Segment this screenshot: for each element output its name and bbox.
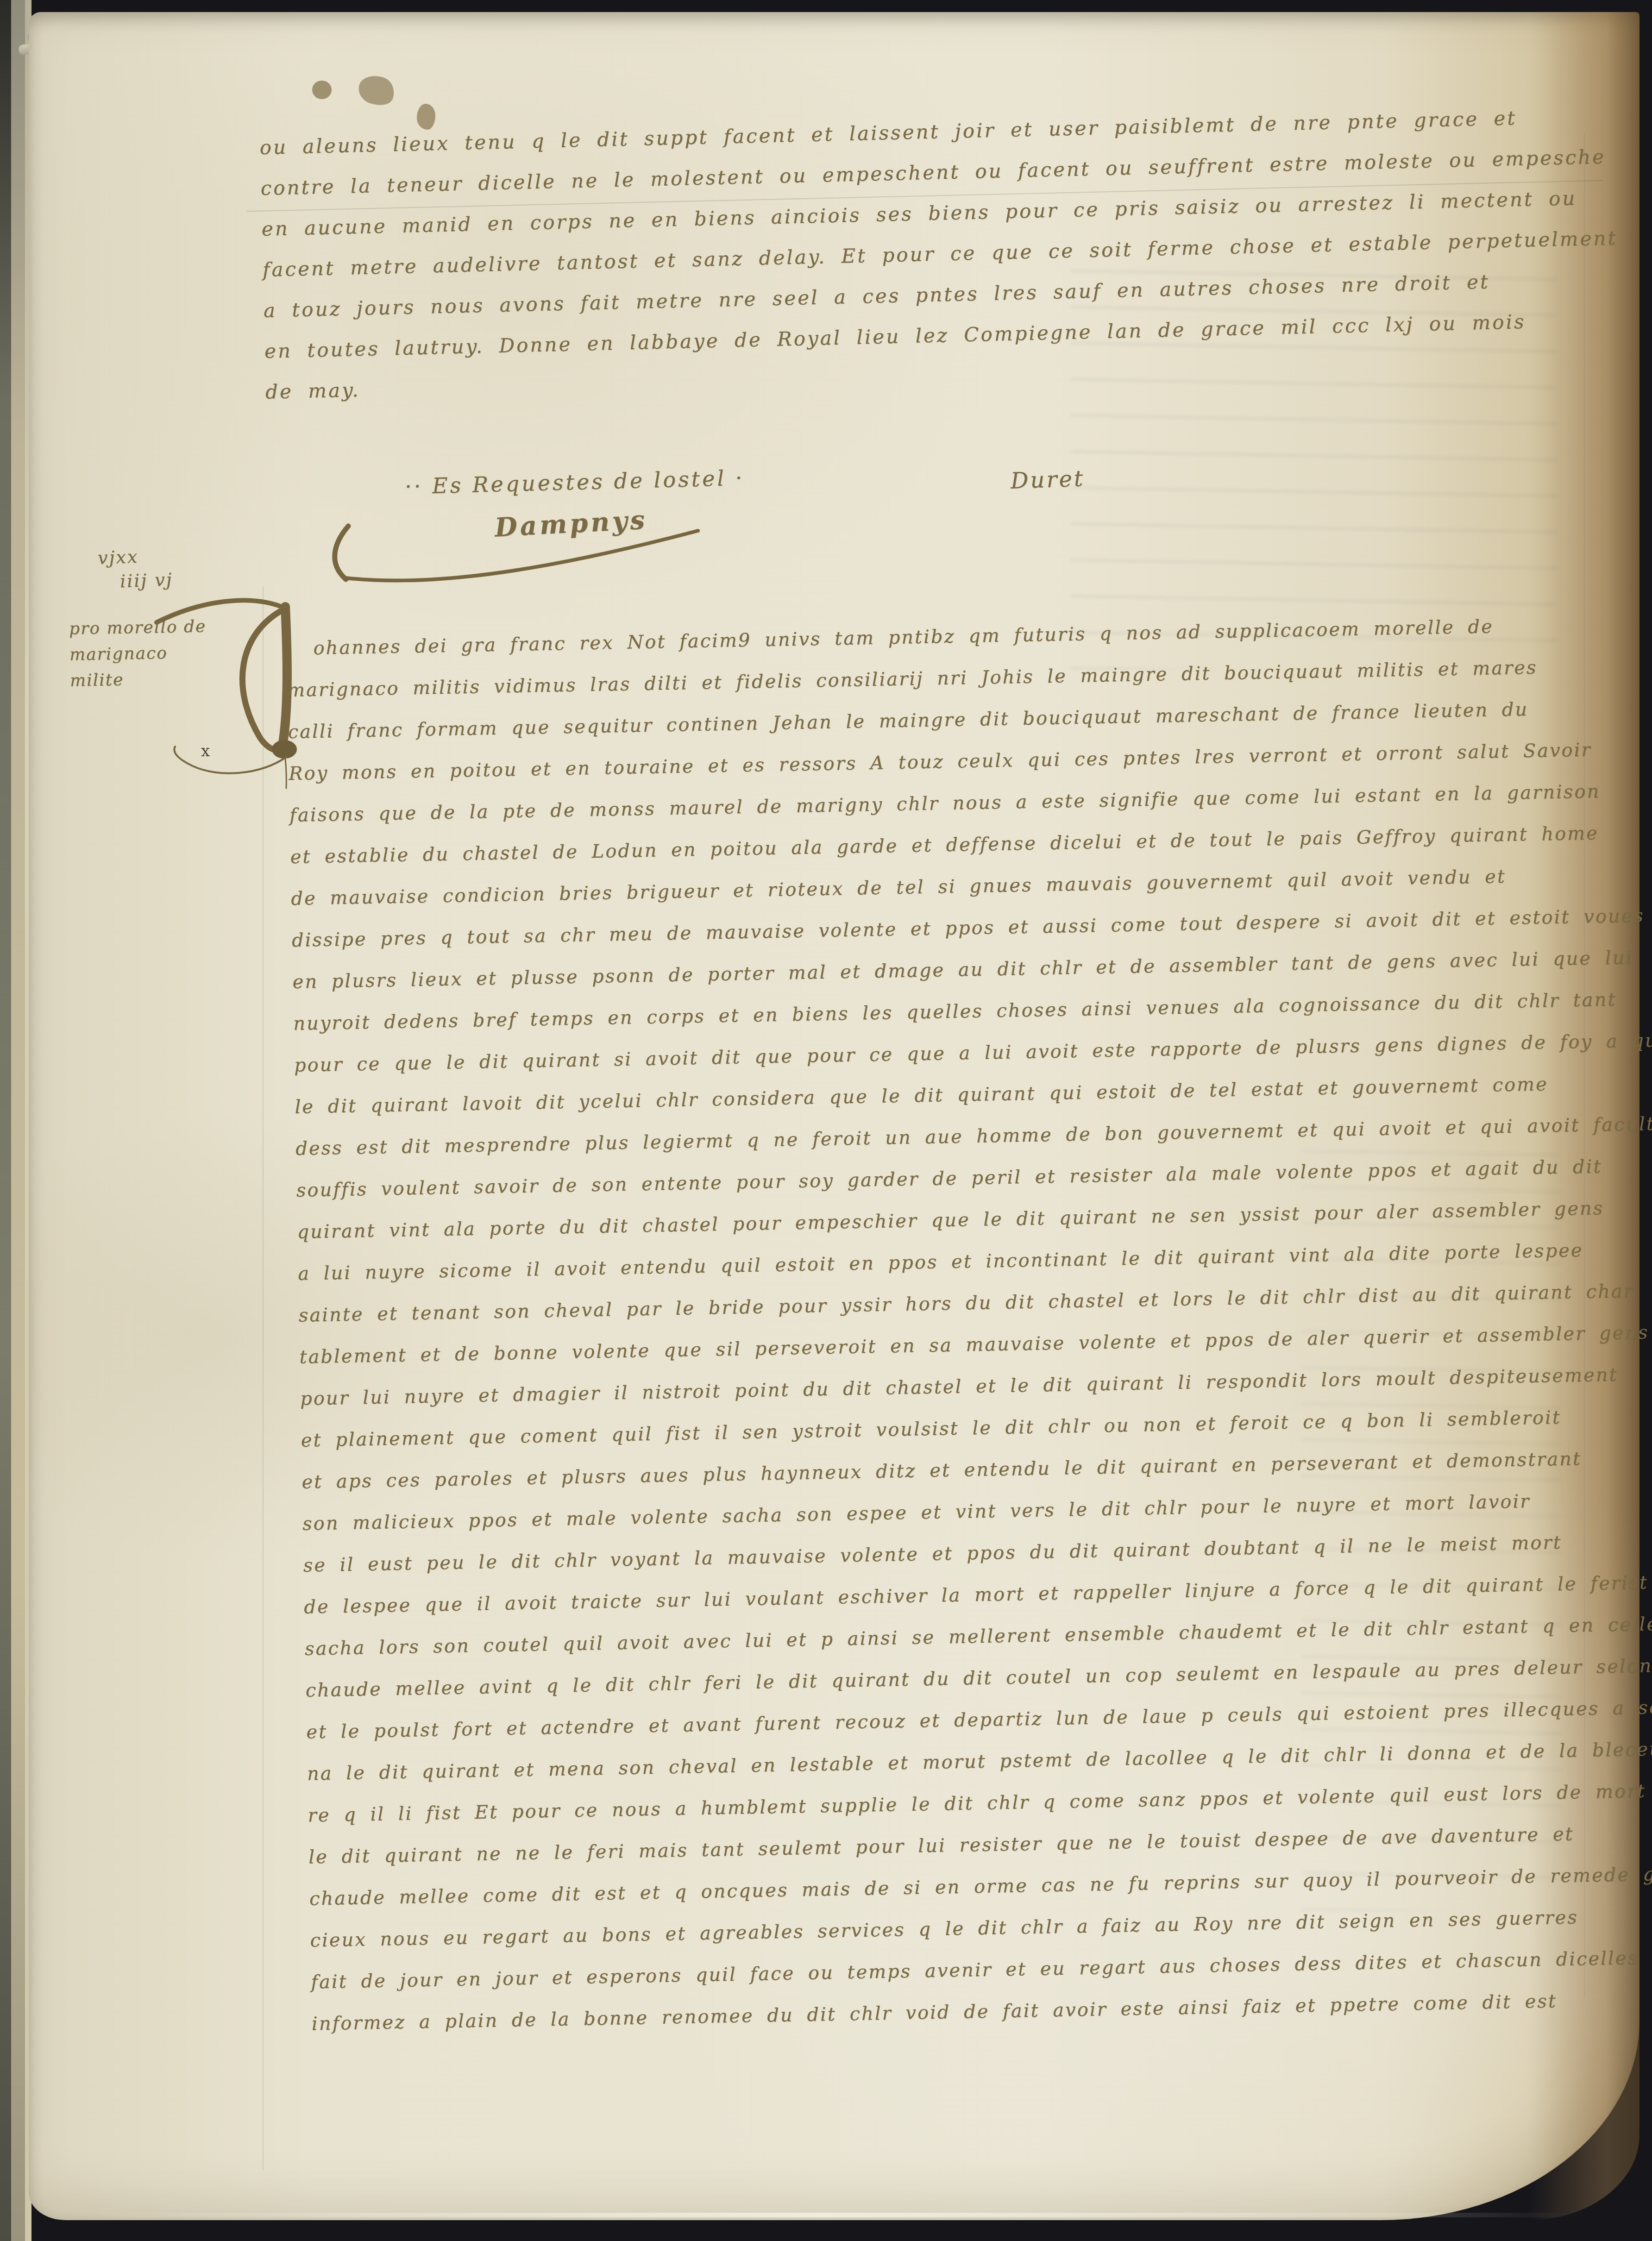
- clerk-signature-right: Duret: [1010, 465, 1085, 494]
- margin-entry-number: vjxx iiij vj: [97, 543, 173, 594]
- initial-letter-J-flourish: [148, 589, 296, 793]
- subscription-requestes-label: ·· Es Requestes de lostel ·: [404, 465, 745, 499]
- parchment-page: ou aleuns lieux tenu q le dit suppt face…: [29, 12, 1639, 2220]
- margin-entry-number-line1: vjxx: [97, 543, 172, 570]
- left-margin-ruling-line: [263, 586, 264, 2170]
- ink-stain-small: [417, 104, 435, 130]
- photograph-background: { "document": { "kind": "medieval-manusc…: [0, 0, 1652, 2241]
- charter-ending-paragraph: ou aleuns lieux tenu q le dit suppt face…: [259, 104, 1623, 421]
- ink-stain-splash: [355, 71, 398, 109]
- under-folio-edge-speckled: [11, 0, 25, 2241]
- signature-underline-flourish: [279, 498, 723, 591]
- ink-stain-round: [312, 81, 332, 99]
- binding-edge-dark: [0, 0, 11, 2241]
- main-entry-text: ohannes dei gra franc rex Not facim9 uni…: [286, 614, 1646, 2055]
- page-bottom-edge-highlight: [61, 2213, 1575, 2217]
